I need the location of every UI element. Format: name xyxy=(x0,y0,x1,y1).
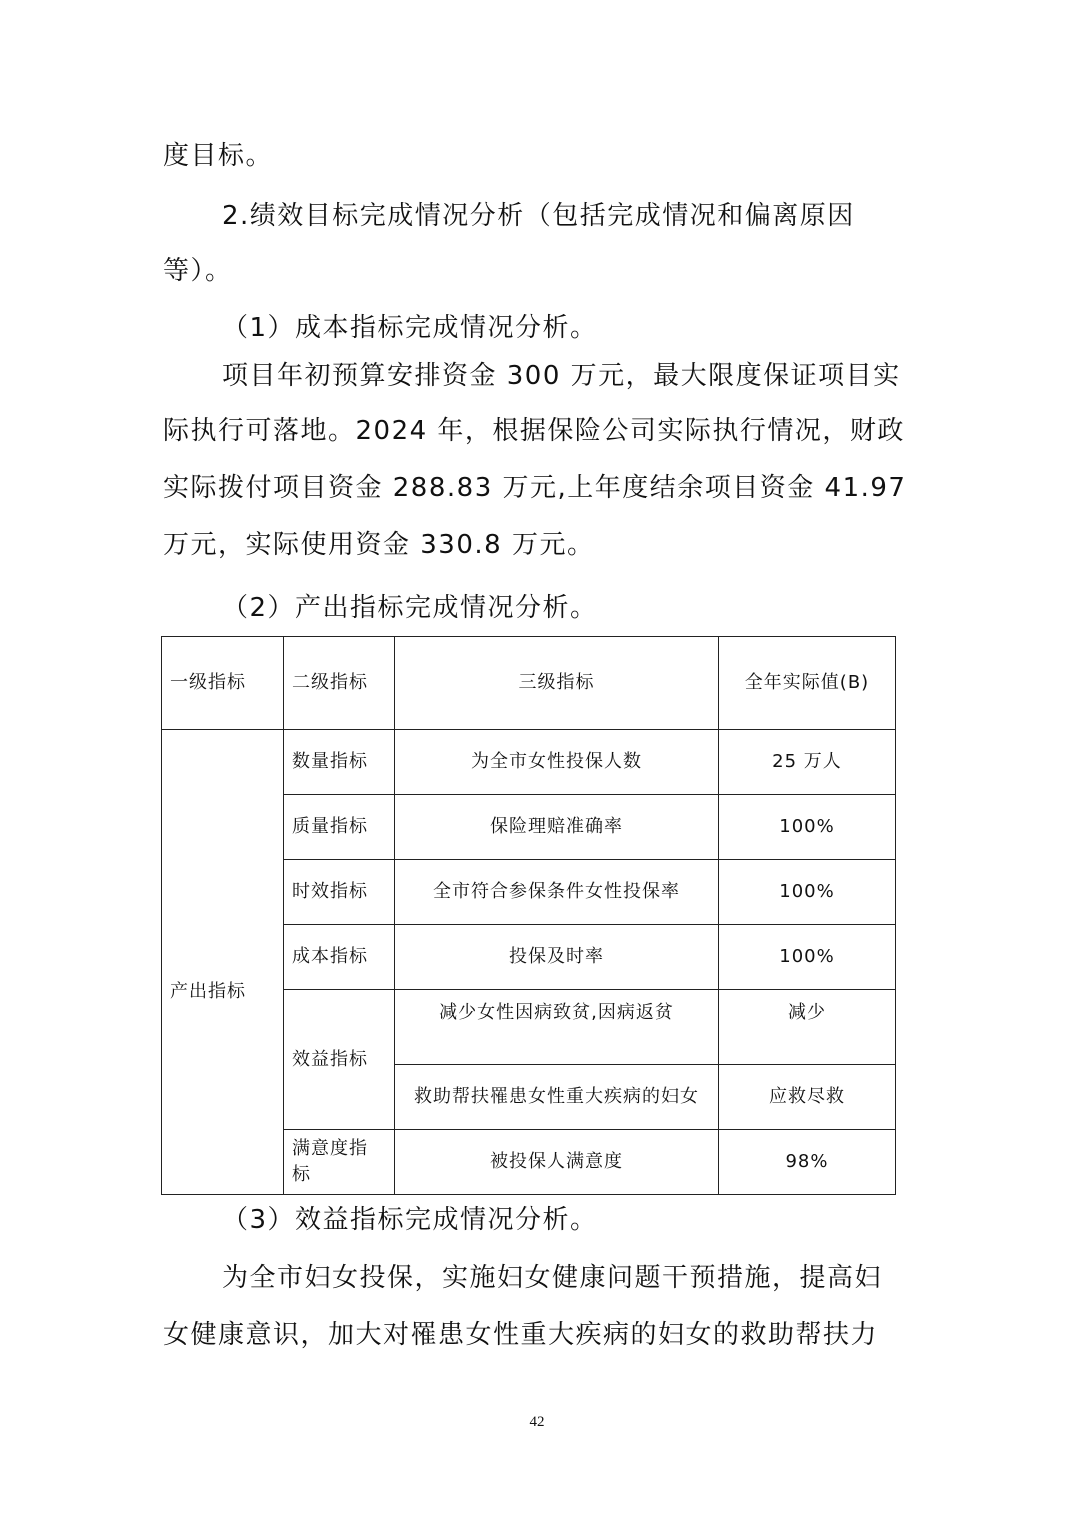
value-cell: 应救尽救 xyxy=(719,1065,896,1130)
subheading-output: （2）产出指标完成情况分析。 xyxy=(222,592,974,624)
paragraph-line: 女健康意识，加大对罹患女性重大疾病的妇女的救助帮扶力 xyxy=(163,1319,915,1351)
paragraph-line: 万元，实际使用资金 330.8 万元。 xyxy=(163,529,915,561)
level3-cell: 为全市女性投保人数 xyxy=(395,730,719,795)
level1-cell: 产出指标 xyxy=(162,730,284,1195)
level2-cell: 质量指标 xyxy=(284,795,395,860)
level3-cell: 保险理赔准确率 xyxy=(395,795,719,860)
level2-cell: 效益指标 xyxy=(284,990,395,1130)
value-cell: 100% xyxy=(719,925,896,990)
paragraph-line: 为全市妇女投保，实施妇女健康问题干预措施，提高妇 xyxy=(222,1262,974,1294)
paragraph-line: 际执行可落地。2024 年，根据保险公司实际执行情况，财政 xyxy=(163,415,915,447)
value-cell: 减少 xyxy=(719,990,896,1065)
level3-cell: 全市符合参保条件女性投保率 xyxy=(395,860,719,925)
value-cell: 100% xyxy=(719,795,896,860)
paragraph-line: 度目标。 xyxy=(163,140,915,172)
level2-cell: 成本指标 xyxy=(284,925,395,990)
table-row: 产出指标 数量指标 为全市女性投保人数 25 万人 xyxy=(162,730,896,795)
paragraph-line: 项目年初预算安排资金 300 万元，最大限度保证项目实 xyxy=(222,360,974,392)
subheading-benefit: （3）效益指标完成情况分析。 xyxy=(222,1204,974,1236)
level3-cell: 投保及时率 xyxy=(395,925,719,990)
table-header-row: 一级指标 二级指标 三级指标 全年实际值(B) xyxy=(162,637,896,730)
paragraph-line: 实际拨付项目资金 288.83 万元,上年度结余项目资金 41.97 xyxy=(163,472,915,504)
header-cell: 全年实际值(B) xyxy=(719,637,896,730)
page-number: 42 xyxy=(0,1414,1074,1431)
paragraph-line: 等）。 xyxy=(163,255,915,287)
value-cell: 98% xyxy=(719,1130,896,1195)
level3-cell: 减少女性因病致贫,因病返贫 xyxy=(395,990,719,1065)
header-cell: 三级指标 xyxy=(395,637,719,730)
header-cell: 二级指标 xyxy=(284,637,395,730)
output-indicator-table: 一级指标 二级指标 三级指标 全年实际值(B) 产出指标 数量指标 为全市女性投… xyxy=(161,636,896,1195)
level3-cell: 被投保人满意度 xyxy=(395,1130,719,1195)
value-cell: 100% xyxy=(719,860,896,925)
level2-cell: 满意度指标 xyxy=(284,1130,395,1195)
level3-cell: 救助帮扶罹患女性重大疾病的妇女 xyxy=(395,1065,719,1130)
value-cell: 25 万人 xyxy=(719,730,896,795)
section-heading-2: 2.绩效目标完成情况分析（包括完成情况和偏离原因 xyxy=(222,200,974,232)
header-cell: 一级指标 xyxy=(162,637,284,730)
subheading-cost: （1）成本指标完成情况分析。 xyxy=(222,312,974,344)
level2-cell: 数量指标 xyxy=(284,730,395,795)
level2-cell: 时效指标 xyxy=(284,860,395,925)
